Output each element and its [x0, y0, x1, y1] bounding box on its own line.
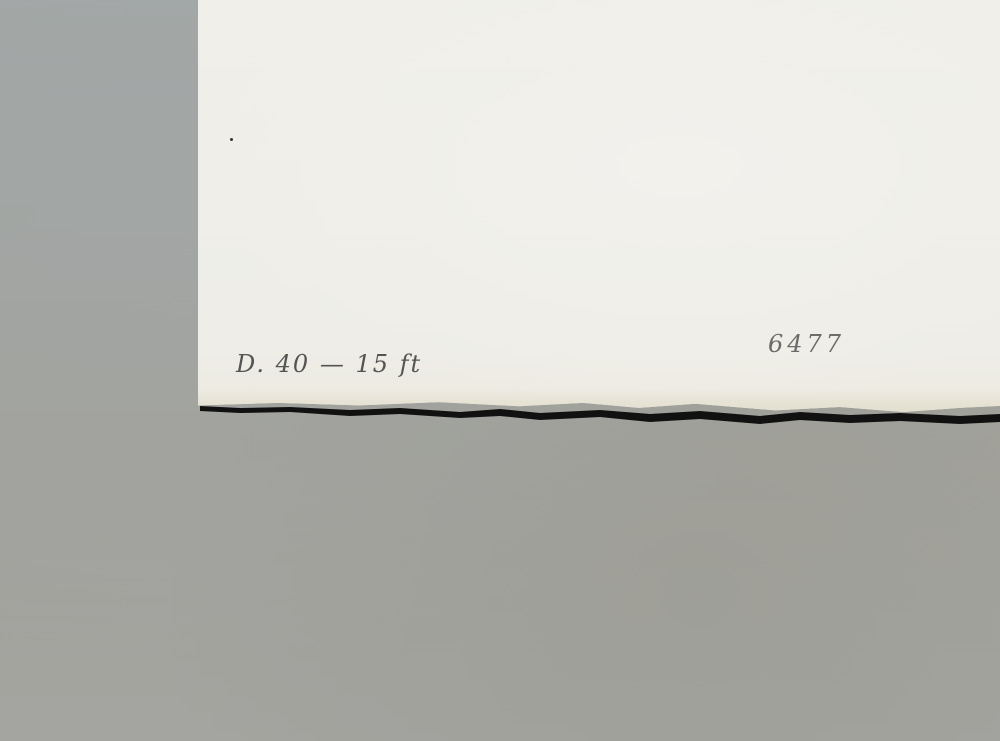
pencil-inscription-left: D. 40 — 15 ft — [236, 350, 422, 378]
pencil-inscription-number: 6477 — [768, 330, 845, 358]
paper-speck — [230, 138, 233, 141]
